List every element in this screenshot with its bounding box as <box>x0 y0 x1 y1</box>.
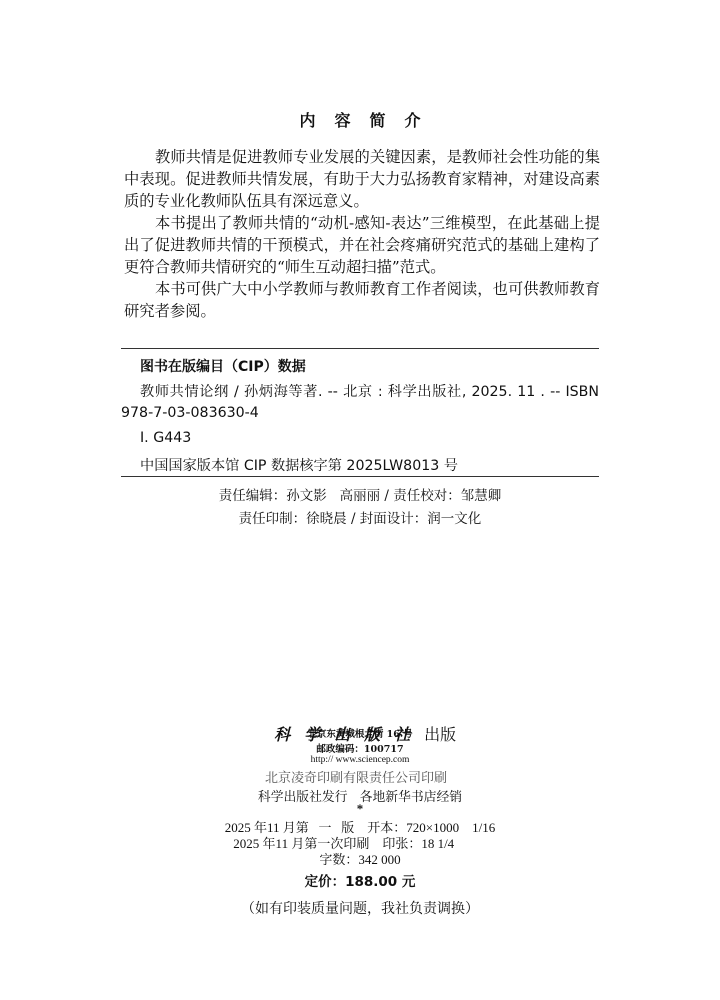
cip-classification: Ⅰ. G443 <box>140 430 191 446</box>
cip-heading: 图书在版编目（CIP）数据 <box>140 356 306 376</box>
cip-approval: 中国国家版本馆 CIP 数据核字第 2025LW8013 号 <box>140 455 458 475</box>
intro-body: 教师共情是促进教师专业发展的关键因素，是教师社会性功能的集中表现。促进教师共情发… <box>124 146 600 322</box>
cip-top-rule <box>121 348 599 349</box>
word-count: 字数：342 000 <box>0 849 720 868</box>
publisher-address: 北京东黄城根北街 16 号 <box>0 726 720 740</box>
publisher-postcode: 邮政编码：100717 <box>0 741 720 755</box>
credits-production: 责任印制：徐晓晨 / 封面设计：润一文化 <box>0 507 720 527</box>
page-title: 内容简介 <box>0 108 720 131</box>
credits-editors: 责任编辑：孙文影 高丽丽 / 责任校对：邹慧卿 <box>0 484 720 504</box>
separator-star: * <box>0 801 720 817</box>
intro-paragraph-1: 教师共情是促进教师专业发展的关键因素，是教师社会性功能的集中表现。促进教师共情发… <box>124 146 600 212</box>
intro-paragraph-2: 本书提出了教师共情的“动机-感知-表达”三维模型，在此基础上提出了促进教师共情的… <box>124 212 600 278</box>
publisher-website: http:// www.sciencep.com <box>0 755 720 765</box>
intro-paragraph-3: 本书可供广大中小学教师与教师教育工作者阅读，也可供教师教育研究者参阅。 <box>124 278 600 322</box>
printer-line: 北京凌奇印刷有限责任公司印刷 <box>0 767 720 786</box>
cip-record-line1: 教师共情论纲 / 孙炳海等著. -- 北京 : 科学出版社, 2025. 11 … <box>140 381 599 401</box>
cip-bottom-rule <box>121 476 599 477</box>
cip-record-line2: 978-7-03-083630-4 <box>121 405 259 421</box>
quality-notice: （如有印装质量问题，我社负责调换） <box>0 898 720 918</box>
price: 定价：188.00 元 <box>0 870 720 890</box>
